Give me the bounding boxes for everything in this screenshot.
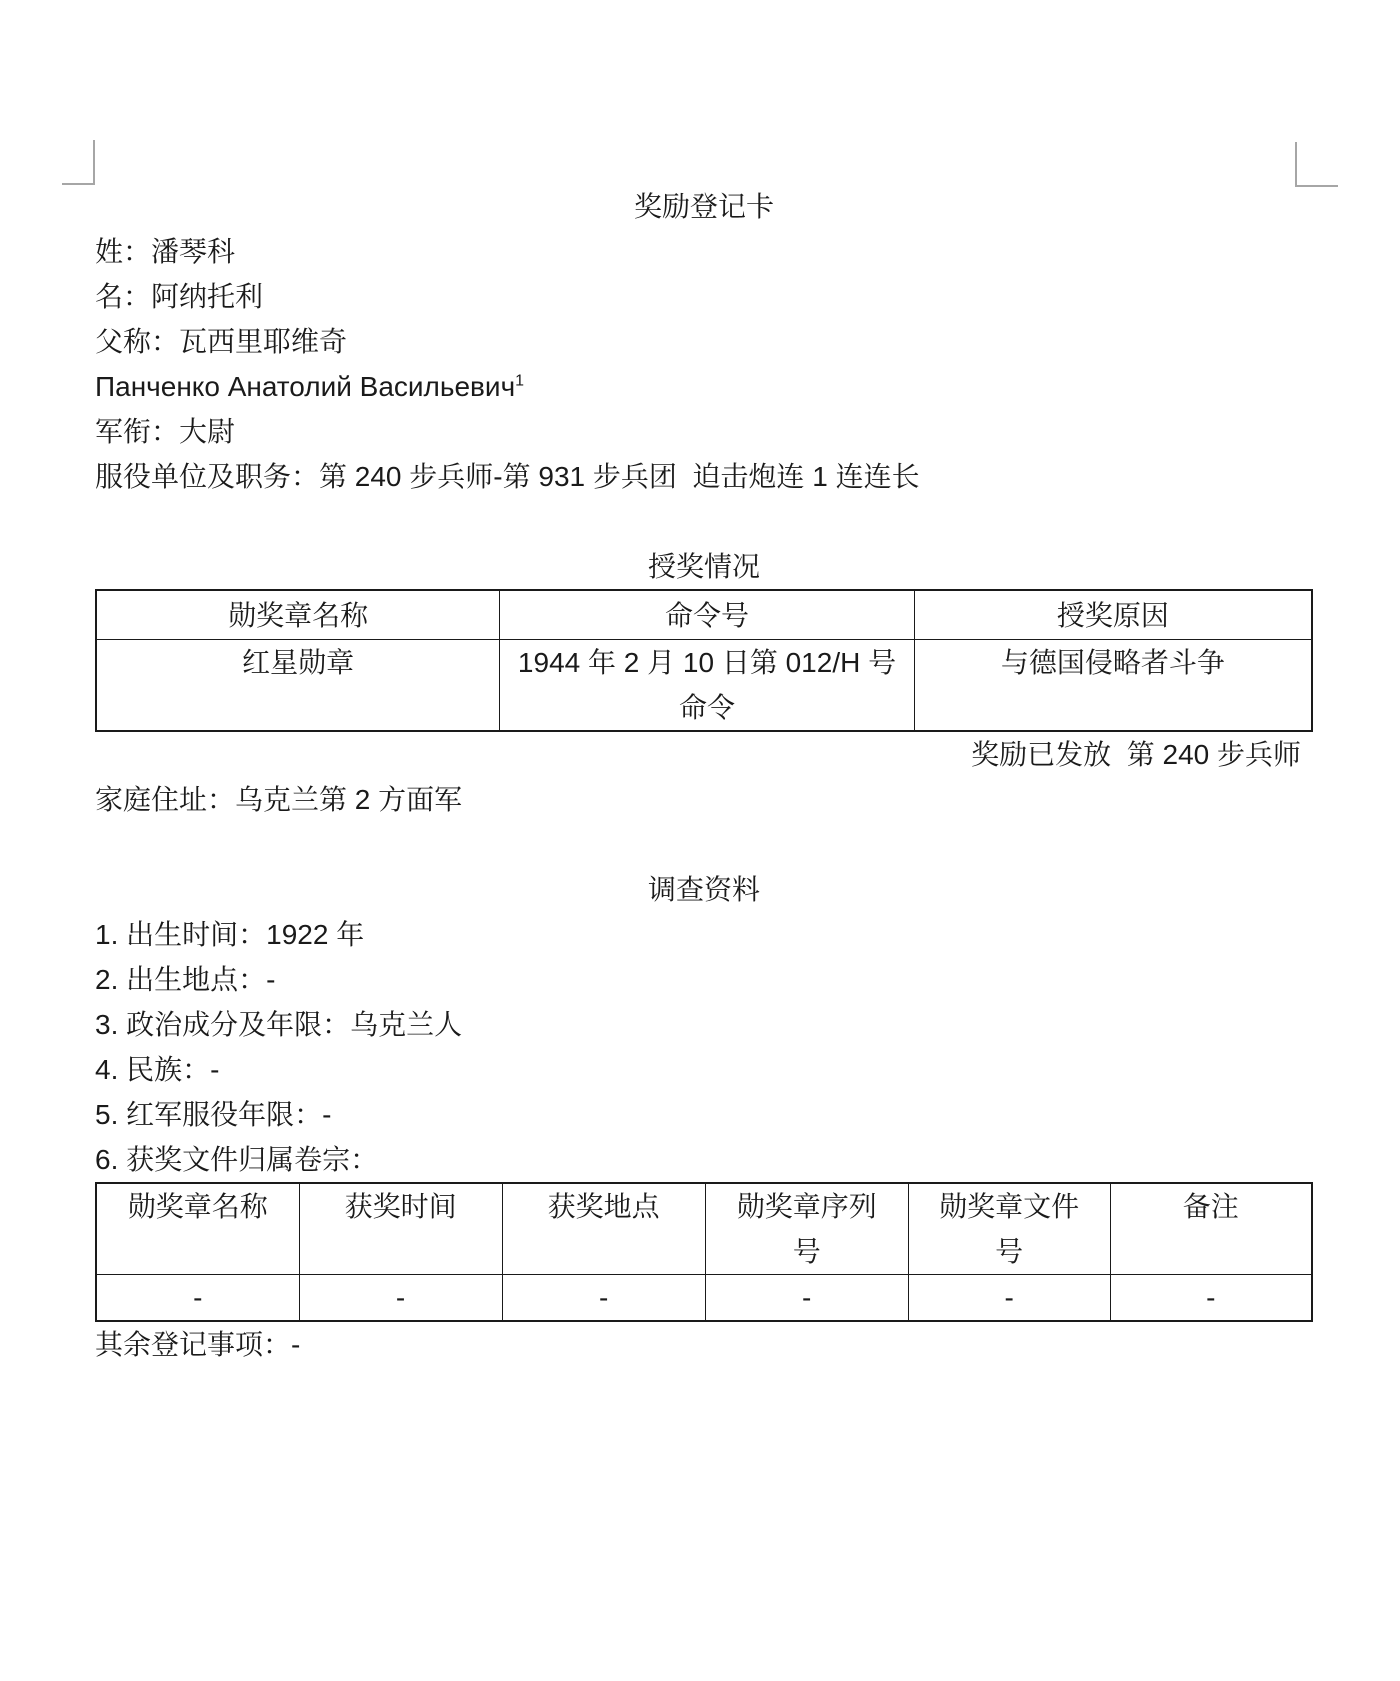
awards-table: 勋奖章名称 命令号 授奖原因 红星勋章 1944 年 2 月 10 日第 012… (95, 589, 1313, 732)
awards-cell-order-number: 1944 年 2 月 10 日第 012/H 号命令 (500, 640, 915, 732)
dossier-table-data-row: - - - - - - (96, 1275, 1312, 1322)
awards-table-data-row: 红星勋章 1944 年 2 月 10 日第 012/H 号命令 与德国侵略者斗争 (96, 640, 1312, 732)
survey-section-heading: 调查资料 (95, 867, 1313, 912)
field-surname: 姓：潘琴科 (95, 229, 1313, 274)
awards-cell-reason: 与德国侵略者斗争 (914, 640, 1312, 732)
survey-item-service-years: 5. 红军服役年限：- (95, 1092, 1313, 1137)
dossier-header-award-place: 获奖地点 (502, 1183, 705, 1275)
survey-item-birth-place: 2. 出生地点：- (95, 957, 1313, 1002)
footnote-marker: 1 (515, 373, 524, 390)
dossier-header-medal-serial: 勋奖章序列号 (705, 1183, 908, 1275)
dossier-table-header-row: 勋奖章名称 获奖时间 获奖地点 勋奖章序列号 勋奖章文件号 备注 (96, 1183, 1312, 1275)
awards-header-reason: 授奖原因 (914, 590, 1312, 640)
document-content: 奖励登记卡 姓：潘琴科 名：阿纳托利 父称：瓦西里耶维奇 Панченко Ан… (95, 184, 1313, 1367)
awards-header-order-number: 命令号 (500, 590, 915, 640)
russian-name-text: Панченко Анатолий Васильевич (95, 371, 515, 402)
award-issued-note: 奖励已发放 第 240 步兵师 (95, 732, 1313, 777)
dossier-header-remarks: 备注 (1110, 1183, 1312, 1275)
dossier-header-medal-name: 勋奖章名称 (96, 1183, 299, 1275)
page-corner-mark-top-left (62, 140, 95, 185)
dossier-cell-award-place: - (502, 1275, 705, 1322)
page-corner-mark-top-right (1295, 142, 1338, 187)
dossier-cell-medal-name: - (96, 1275, 299, 1322)
field-patronymic: 父称：瓦西里耶维奇 (95, 319, 1313, 364)
survey-item-ethnicity: 4. 民族：- (95, 1047, 1313, 1092)
survey-item-dossier: 6. 获奖文件归属卷宗： (95, 1137, 1313, 1182)
other-registration-note: 其余登记事项：- (95, 1322, 1313, 1367)
page-title: 奖励登记卡 (95, 184, 1313, 229)
dossier-cell-medal-serial: - (705, 1275, 908, 1322)
field-rank: 军衔：大尉 (95, 409, 1313, 454)
dossier-cell-award-date: - (299, 1275, 502, 1322)
field-service-unit: 服役单位及职务：第 240 步兵师-第 931 步兵团 迫击炮连 1 连连长 (95, 454, 1313, 499)
awards-table-header-row: 勋奖章名称 命令号 授奖原因 (96, 590, 1312, 640)
dossier-cell-medal-document: - (908, 1275, 1110, 1322)
field-russian-name: Панченко Анатолий Васильевич1 (95, 364, 1313, 409)
document-page: { "document": { "title": "奖励登记卡", "field… (0, 0, 1400, 1681)
award-section-heading: 授奖情况 (95, 544, 1313, 589)
dossier-header-award-date: 获奖时间 (299, 1183, 502, 1275)
dossier-table: 勋奖章名称 获奖时间 获奖地点 勋奖章序列号 勋奖章文件号 备注 - - - -… (95, 1182, 1313, 1322)
dossier-header-medal-document: 勋奖章文件号 (908, 1183, 1110, 1275)
awards-header-medal-name: 勋奖章名称 (96, 590, 500, 640)
field-given-name: 名：阿纳托利 (95, 274, 1313, 319)
survey-item-political-status: 3. 政治成分及年限：乌克兰人 (95, 1002, 1313, 1047)
field-home-address: 家庭住址：乌克兰第 2 方面军 (95, 777, 1313, 822)
awards-cell-medal-name: 红星勋章 (96, 640, 500, 732)
survey-item-birth-date: 1. 出生时间：1922 年 (95, 912, 1313, 957)
dossier-cell-remarks: - (1110, 1275, 1312, 1322)
